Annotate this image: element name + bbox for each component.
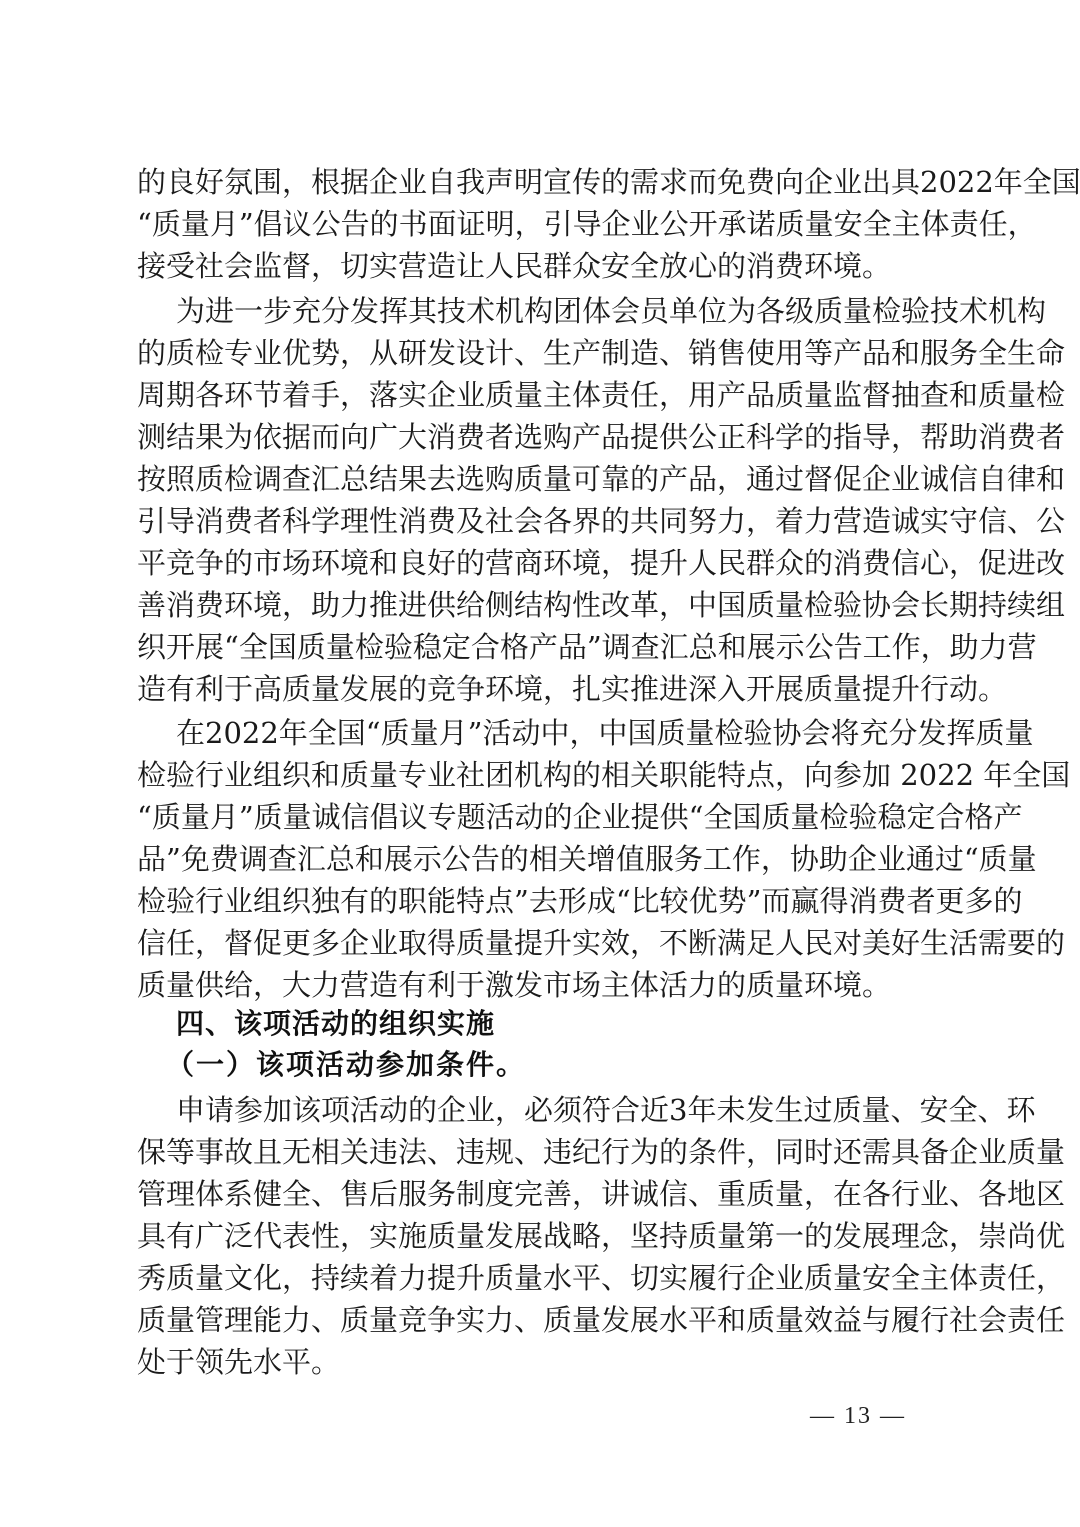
text-line: 处于领先水平。 <box>137 1342 947 1382</box>
text-line: 具有广泛代表性，实施质量发展战略，坚持质量第一的发展理念，崇尚优 <box>137 1216 947 1256</box>
text-line: 保等事故且无相关违法、违规、违纪行为的条件，同时还需具备企业质量 <box>137 1132 947 1172</box>
text-line: 造有利于高质量发展的竞争环境，扎实推进深入开展质量提升行动。 <box>137 669 947 709</box>
text-line: 善消费环境，助力推进供给侧结构性改革，中国质量检验协会长期持续组 <box>137 585 947 625</box>
text-line: 秀质量文化，持续着力提升质量水平、切实履行企业质量安全主体责任， <box>137 1258 947 1298</box>
text-line: 为进一步充分发挥其技术机构团体会员单位为各级质量检验技术机构 <box>176 291 947 331</box>
text-line: 在2022年全国“质量月”活动中，中国质量检验协会将充分发挥质量 <box>176 713 947 753</box>
document-page: 的良好氛围，根据企业自我声明宣传的需求而免费向企业出具2022年全国 “质量月”… <box>0 0 1080 1527</box>
subsection-heading: （一）该项活动参加条件。 <box>166 1045 526 1085</box>
section-heading: 四、该项活动的组织实施 <box>176 1004 495 1044</box>
text-line: 的质检专业优势，从研发设计、生产制造、销售使用等产品和服务全生命 <box>137 333 947 373</box>
page-number: — 13 — <box>810 1403 906 1430</box>
text-line: 引导消费者科学理性消费及社会各界的共同努力，着力营造诚实守信、公 <box>137 501 947 541</box>
text-line: 平竞争的市场环境和良好的营商环境，提升人民群众的消费信心，促进改 <box>137 543 947 583</box>
text-line: 接受社会监督，切实营造让人民群众安全放心的消费环境。 <box>137 246 947 286</box>
text-line: 质量管理能力、质量竞争实力、质量发展水平和质量效益与履行社会责任 <box>137 1300 947 1340</box>
text-line: 信任，督促更多企业取得质量提升实效，不断满足人民对美好生活需要的 <box>137 923 947 963</box>
text-line: 管理体系健全、售后服务制度完善，讲诚信、重质量，在各行业、各地区 <box>137 1174 947 1214</box>
text-line: 品”免费调查汇总和展示公告的相关增值服务工作，协助企业通过“质量 <box>137 839 947 879</box>
text-line: 的良好氛围，根据企业自我声明宣传的需求而免费向企业出具2022年全国 <box>137 162 947 202</box>
text-line: 检验行业组织和质量专业社团机构的相关职能特点，向参加 2022 年全国 <box>137 755 947 795</box>
text-line: 织开展“全国质量检验稳定合格产品”调查汇总和展示公告工作，助力营 <box>137 627 947 667</box>
text-line: 申请参加该项活动的企业，必须符合近3年未发生过质量、安全、环 <box>176 1090 947 1130</box>
text-line: “质量月”倡议公告的书面证明，引导企业公开承诺质量安全主体责任， <box>137 204 947 244</box>
text-line: “质量月”质量诚信倡议专题活动的企业提供“全国质量检验稳定合格产 <box>137 797 947 837</box>
text-line: 测结果为依据而向广大消费者选购产品提供公正科学的指导，帮助消费者 <box>137 417 947 457</box>
text-line: 按照质检调查汇总结果去选购质量可靠的产品，通过督促企业诚信自律和 <box>137 459 947 499</box>
text-line: 质量供给，大力营造有利于激发市场主体活力的质量环境。 <box>137 965 947 1005</box>
text-line: 检验行业组织独有的职能特点”去形成“比较优势”而赢得消费者更多的 <box>137 881 947 921</box>
text-line: 周期各环节着手，落实企业质量主体责任，用产品质量监督抽查和质量检 <box>137 375 947 415</box>
